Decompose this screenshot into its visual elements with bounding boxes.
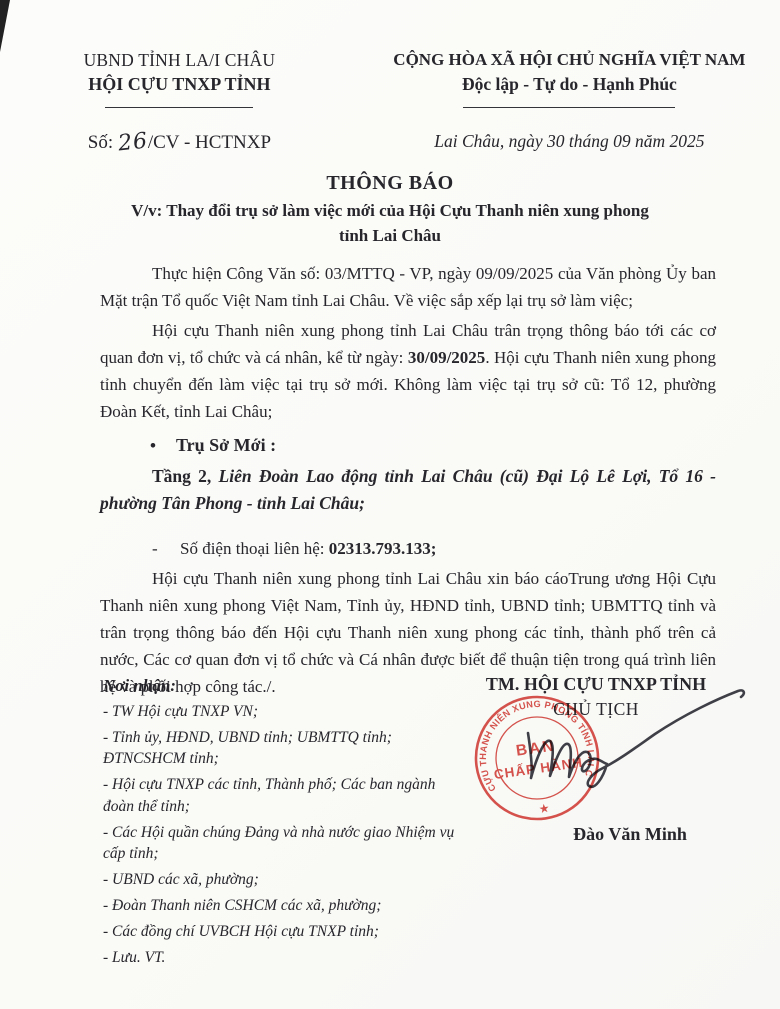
document-subject: V/v: Thay đổi trụ sở làm việc mới của Hộ… (0, 198, 780, 248)
bullet-dot: • (150, 432, 176, 459)
document-body: Thực hiện Công Văn số: 03/MTTQ - VP, ngà… (0, 260, 780, 700)
stamp-outer-ring (468, 689, 606, 827)
recipients-title: Nơi nhận: (103, 676, 457, 696)
recipient-item: - TW Hội cựu TNXP VN; (103, 701, 457, 723)
recipient-item: - Lưu. VT. (103, 947, 457, 969)
national-motto: Độc lập - Tự do - Hạnh Phúc (359, 74, 780, 95)
national-title: CỘNG HÒA XÃ HỘI CHỦ NGHĨA VIỆT NAM (359, 50, 780, 70)
new-address: Tầng 2, Liên Đoàn Lao động tỉnh Lai Châu… (100, 463, 716, 517)
dash-marker: - (152, 535, 180, 562)
phone-number: 02313.793.133; (329, 539, 437, 558)
new-office-bullet: •Trụ Sở Mới : (100, 432, 716, 459)
phone-label: Số điện thoại liên hệ: (180, 539, 329, 558)
recipient-item: - Các đồng chí UVBCH Hội cựu TNXP tỉnh; (103, 921, 457, 943)
effective-date: 30/09/2025 (408, 348, 485, 367)
issuing-org-block: UBND TỈNH LA/I CHÂU HỘI CỰU TNXP TỈNH Số… (0, 50, 359, 154)
handwritten-number: 26 (117, 128, 149, 156)
org-underline (105, 107, 253, 108)
motto-underline (463, 107, 675, 108)
issuing-org-parent: UBND TỈNH LA/I CHÂU (0, 50, 359, 71)
phone-line: -Số điện thoại liên hệ: 02313.793.133; (100, 535, 716, 562)
stamp-star-icon: ★ (538, 801, 551, 816)
paragraph-2: Hội cựu Thanh niên xung phong tỉnh Lai C… (100, 317, 716, 425)
scanned-document-page: UBND TỈNH LA/I CHÂU HỘI CỰU TNXP TỈNH Số… (0, 0, 780, 1009)
stamp-center-line1: BAN (515, 737, 557, 759)
place-date-line: Lai Châu, ngày 30 tháng 09 năm 2025 (359, 131, 780, 152)
official-red-stamp: HỘI CỰU THANH NIÊN XUNG PHONG TỈNH LAI C… (465, 686, 609, 830)
national-motto-block: CỘNG HÒA XÃ HỘI CHỦ NGHĨA VIỆT NAM Độc l… (359, 50, 780, 154)
address-floor: Tầng 2, (152, 466, 219, 486)
recipient-item: - UBND các xã, phường; (103, 869, 457, 891)
subject-line-1: V/v: Thay đổi trụ sở làm việc mới của Hộ… (0, 198, 780, 223)
signer-name: Đào Văn Minh (540, 824, 720, 845)
new-office-label: Trụ Sở Mới : (176, 435, 276, 455)
title-block: THÔNG BÁO V/v: Thay đổi trụ sở làm việc … (0, 172, 780, 248)
recipient-item: - Các Hội quần chúng Đảng và nhà nước gi… (103, 822, 457, 865)
issuing-org-name: HỘI CỰU TNXP TỈNH (0, 74, 359, 95)
document-header: UBND TỈNH LA/I CHÂU HỘI CỰU TNXP TỈNH Số… (0, 0, 780, 154)
stamp-center-line2: CHẤP HÀNH (493, 755, 584, 782)
recipients-block: Nơi nhận: - TW Hội cựu TNXP VN; - Tỉnh ủ… (103, 676, 457, 969)
recipient-item: - Đoàn Thanh niên CSHCM các xã, phường; (103, 895, 457, 917)
recipient-item: - Hội cựu TNXP các tỉnh, Thành phố; Các … (103, 774, 457, 817)
document-footer: Nơi nhận: - TW Hội cựu TNXP VN; - Tỉnh ủ… (0, 672, 780, 1009)
document-heading: THÔNG BÁO (0, 172, 780, 195)
document-number-line: Số: 26/CV - HCTNXP (0, 129, 359, 154)
document-number-suffix: /CV - HCTNXP (148, 132, 271, 153)
subject-line-2: tỉnh Lai Châu (0, 223, 780, 248)
paragraph-1: Thực hiện Công Văn số: 03/MTTQ - VP, ngà… (100, 260, 716, 314)
document-number-label: Số: (88, 132, 113, 153)
recipient-item: - Tỉnh ủy, HĐND, UBND tỉnh; UBMTTQ tỉnh;… (103, 727, 457, 770)
